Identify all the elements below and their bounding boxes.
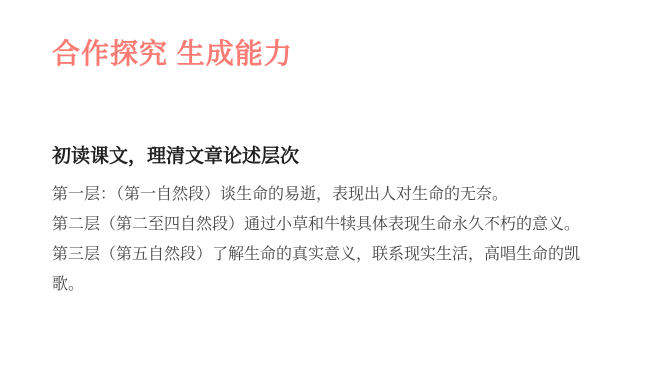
- slide-title: 合作探究 生成能力: [52, 40, 293, 68]
- section-heading: 初读课文，理清文章论述层次: [52, 147, 299, 166]
- paragraph-layer-3: 第三层（第五自然段）了解生命的真实意义，联系现实生活，高唱生命的凯歌。: [52, 240, 590, 300]
- presentation-slide: 合作探究 生成能力 初读课文，理清文章论述层次 第一层：（第一自然段）谈生命的易…: [0, 0, 668, 376]
- layer-list: 第一层：（第一自然段）谈生命的易逝，表现出人对生命的无奈。 第二层（第二至四自然…: [52, 180, 590, 300]
- paragraph-layer-2: 第二层（第二至四自然段）通过小草和牛犊具体表现生命永久不朽的意义。: [52, 210, 590, 240]
- paragraph-layer-1: 第一层：（第一自然段）谈生命的易逝，表现出人对生命的无奈。: [52, 180, 590, 210]
